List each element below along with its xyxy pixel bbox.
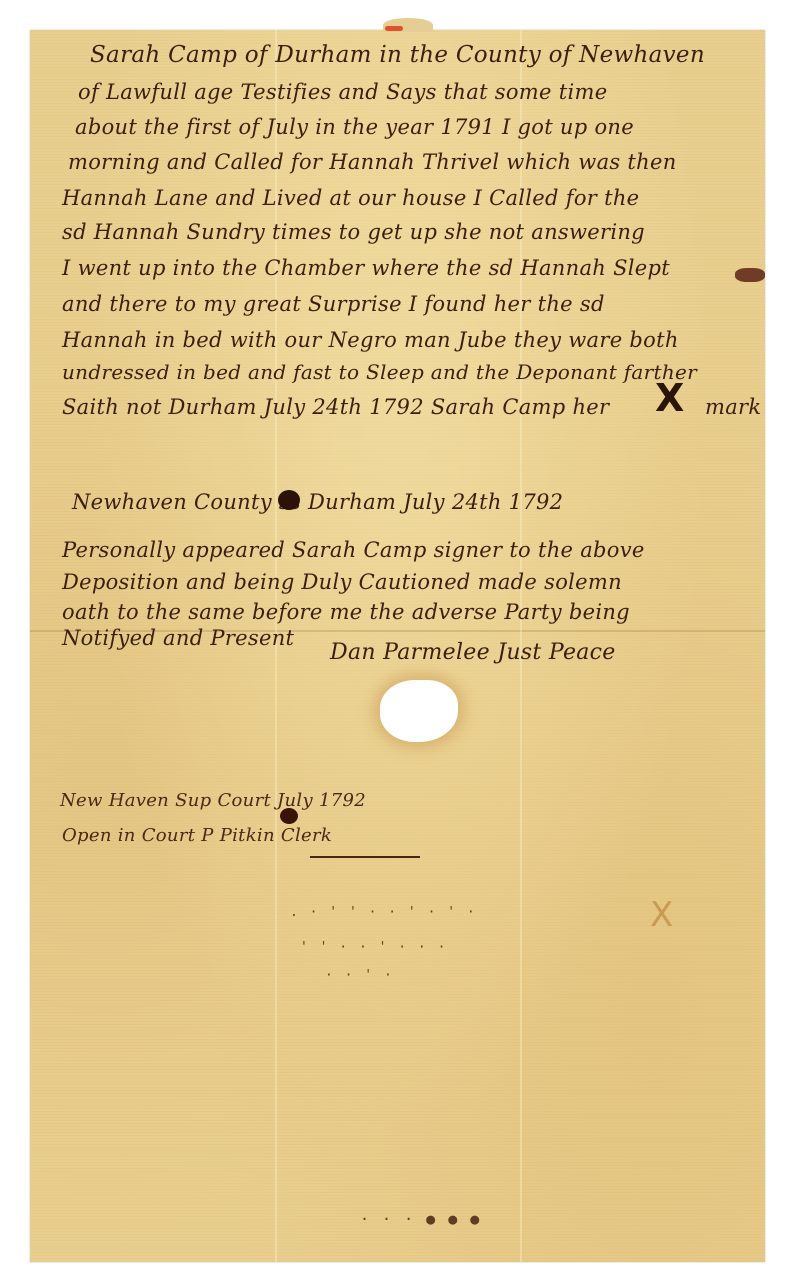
ink-blot <box>278 490 300 510</box>
bleed-through-text: · · ' · <box>325 968 394 983</box>
justice-signature: Dan Parmelee Just Peace <box>330 640 616 665</box>
deposition-line: sd Hannah Sundry times to get up she not… <box>62 220 645 244</box>
ghost-mark: X <box>650 895 673 935</box>
ink-blot <box>280 808 298 824</box>
jurat-line: Deposition and being Duly Cautioned made… <box>62 570 622 594</box>
deposition-line: Saith not Durham July 24th 1792 Sarah Ca… <box>62 395 609 419</box>
deposition-line: morning and Called for Hannah Thrivel wh… <box>68 150 677 174</box>
paper-hole <box>380 680 458 742</box>
deposition-line: Hannah in bed with our Negro man Jube th… <box>62 328 679 352</box>
signature-mark: X <box>655 376 684 420</box>
deposition-line: about the first of July in the year 1791… <box>75 115 634 139</box>
court-note-line: New Haven Sup Court July 1792 <box>60 790 366 811</box>
red-wax-seal <box>385 26 403 31</box>
clerk-flourish <box>310 856 420 858</box>
deposition-line: Hannah Lane and Lived at our house I Cal… <box>62 186 639 210</box>
deposition-line: of Lawfull age Testifies and Says that s… <box>78 80 607 104</box>
deposition-line: Sarah Camp of Durham in the County of Ne… <box>90 42 705 68</box>
jurat-line: Newhaven County ss Durham July 24th 1792 <box>72 490 563 514</box>
bleed-through-text: . · ' ' · · ' · ' · <box>290 905 477 920</box>
deposition-line: I went up into the Chamber where the sd … <box>62 256 670 280</box>
ink-smudge <box>735 268 765 282</box>
bleed-through-text: ' ' · · ' · · · <box>300 940 447 955</box>
mark-label: mark <box>705 395 761 419</box>
jurat-line: Personally appeared Sarah Camp signer to… <box>62 538 645 562</box>
ink-specks: · · · ● ● ● <box>360 1210 481 1228</box>
jurat-line: oath to the same before me the adverse P… <box>62 600 630 624</box>
jurat-line: Notifyed and Present <box>62 626 294 650</box>
court-note-line: Open in Court P Pitkin Clerk <box>62 825 332 846</box>
deposition-line: and there to my great Surprise I found h… <box>62 292 605 316</box>
deposition-line: undressed in bed and fast to Sleep and t… <box>62 360 697 384</box>
